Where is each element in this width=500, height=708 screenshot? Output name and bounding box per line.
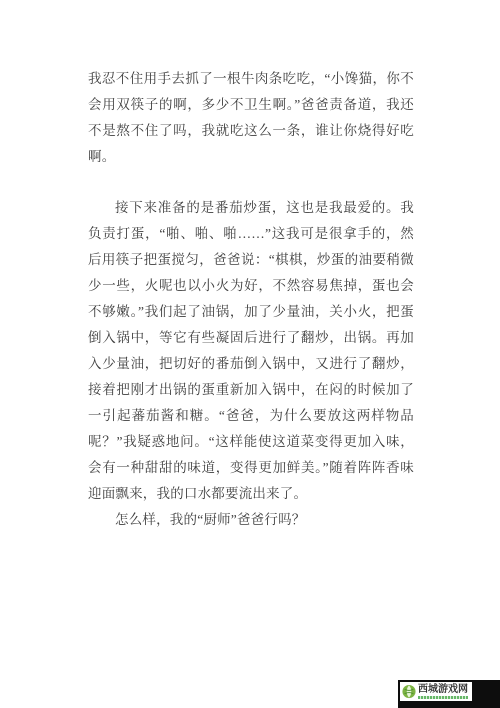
watermark-tagline-strip [418,696,468,699]
paragraph: 我忍不住用手去抓了一根牛肉条吃吃，“小馋猫，你不会用双筷子的啊，多少不卫生啊。”… [88,66,414,170]
document-page: 我忍不住用手去抓了一根牛肉条吃吃，“小馋猫，你不会用双筷子的啊，多少不卫生啊。”… [0,0,500,708]
essay-text: 我忍不住用手去抓了一根牛肉条吃吃，“小馋猫，你不会用双筷子的啊，多少不卫生啊。”… [88,66,414,533]
watermark-text-column: 西城游戏网 [418,684,472,699]
site-logo-icon [402,684,416,699]
paragraph: 怎么样，我的“厨师”爸爸行吗？ [88,507,414,533]
site-watermark: 西城游戏网 [398,680,500,708]
watermark-badge: 西城游戏网 [400,682,472,701]
site-name: 西城游戏网 [418,684,472,695]
paragraph: 接下来准备的是番茄炒蛋，这也是我最爱的。我负责打蛋，“啪、啪、啪……”这我可是很… [88,195,414,507]
